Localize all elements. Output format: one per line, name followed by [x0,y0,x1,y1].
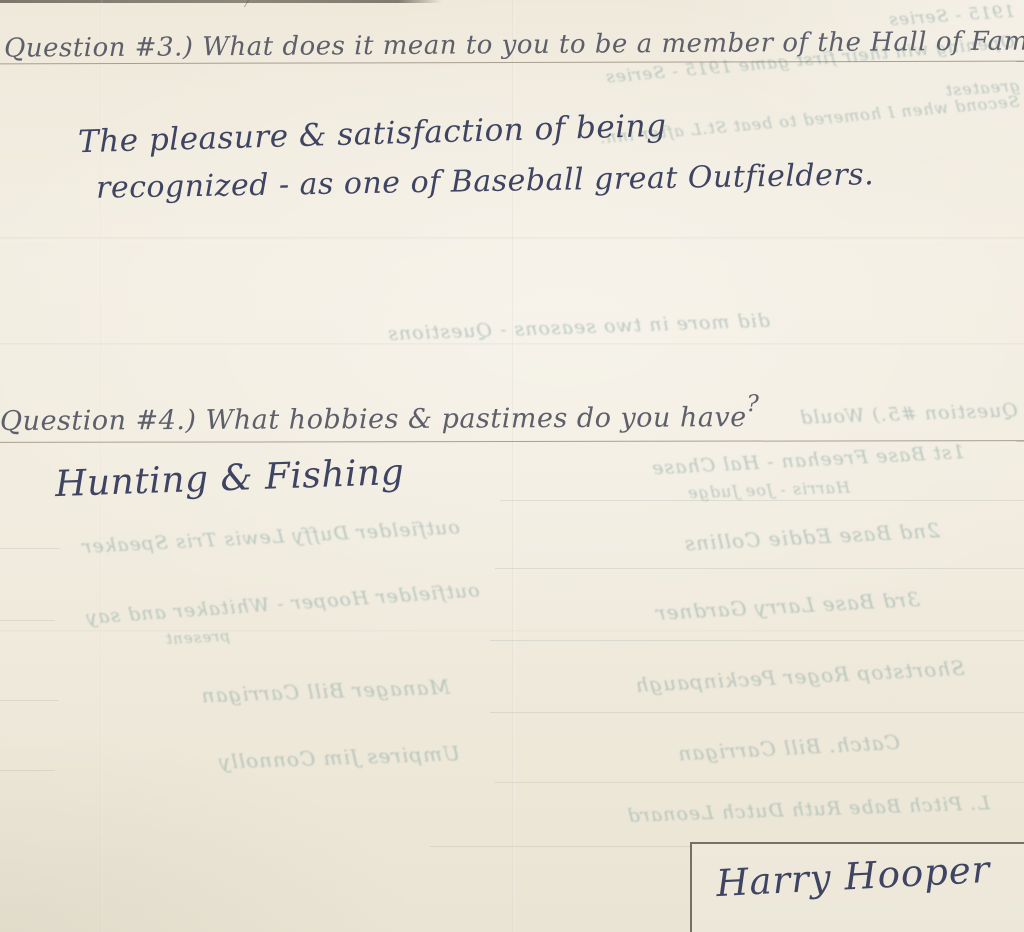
bleedthrough-line: 3rd Base Larry Gardner [500,587,921,633]
bleedthrough-rule [490,640,1024,641]
bleedthrough-line: 2nd Base Eddie Collins [560,518,941,562]
bleedthrough-line: Umpires Jim Connolly [70,741,461,779]
bleedthrough-rule [0,700,58,701]
bleedthrough-rule [0,770,55,771]
horizontal-fold-crease [0,343,1024,347]
bleedthrough-line: Catch. Bill Carrigan [510,730,901,774]
bleedthrough-line: Harris - Joe Judge [600,478,851,506]
scanned-questionnaire-page: 1915 - Series Opening win their first ga… [0,0,1024,932]
scan-top-nick [230,0,249,7]
answer-3-line-2: recognized - as one of Baseball great Ou… [96,157,875,206]
bleedthrough-rule [495,782,1024,783]
question-3-label: Question #3.) [4,32,194,63]
answer-3-line-1: The pleasure & satisfaction of being [78,108,667,160]
bleedthrough-line: 1st Base Freehan - Hal Chase [545,441,966,485]
bleedthrough-rule [490,712,1024,713]
answer-4-line-1: Hunting & Fishing [54,452,405,505]
bleedthrough-rule [495,568,1024,569]
horizontal-fold-crease [0,237,1024,241]
bleedthrough-line: outfielder Duffy Lewis Tris Speaker [10,516,461,562]
bleedthrough-line: Second when I homered to beat St.L after… [690,92,1020,140]
bleedthrough-rule [0,548,60,549]
bleedthrough-line: Question #5.) Would [742,399,1019,431]
bleedthrough-rule [500,500,1024,501]
question-4-line: Question #4.) What hobbies & pastimes do… [0,402,760,437]
question-3-text: What does it mean to you to be a member … [193,26,1024,62]
bleedthrough-line: Manager Bill Carrigan [30,675,451,714]
question-4-text: What hobbies & pastimes do you have [196,402,746,436]
scan-top-edge [0,0,442,3]
bleedthrough-line: outfielder Hooper - Whitaker and say [0,579,480,634]
question-4-question-mark: ? [747,391,760,417]
bleedthrough-rule [430,846,692,847]
bleedthrough-line: Shortstop Roger Peckinpaugh [495,656,966,705]
bleedthrough-rule [0,620,55,621]
question-4-label: Question #4.) [0,405,197,437]
